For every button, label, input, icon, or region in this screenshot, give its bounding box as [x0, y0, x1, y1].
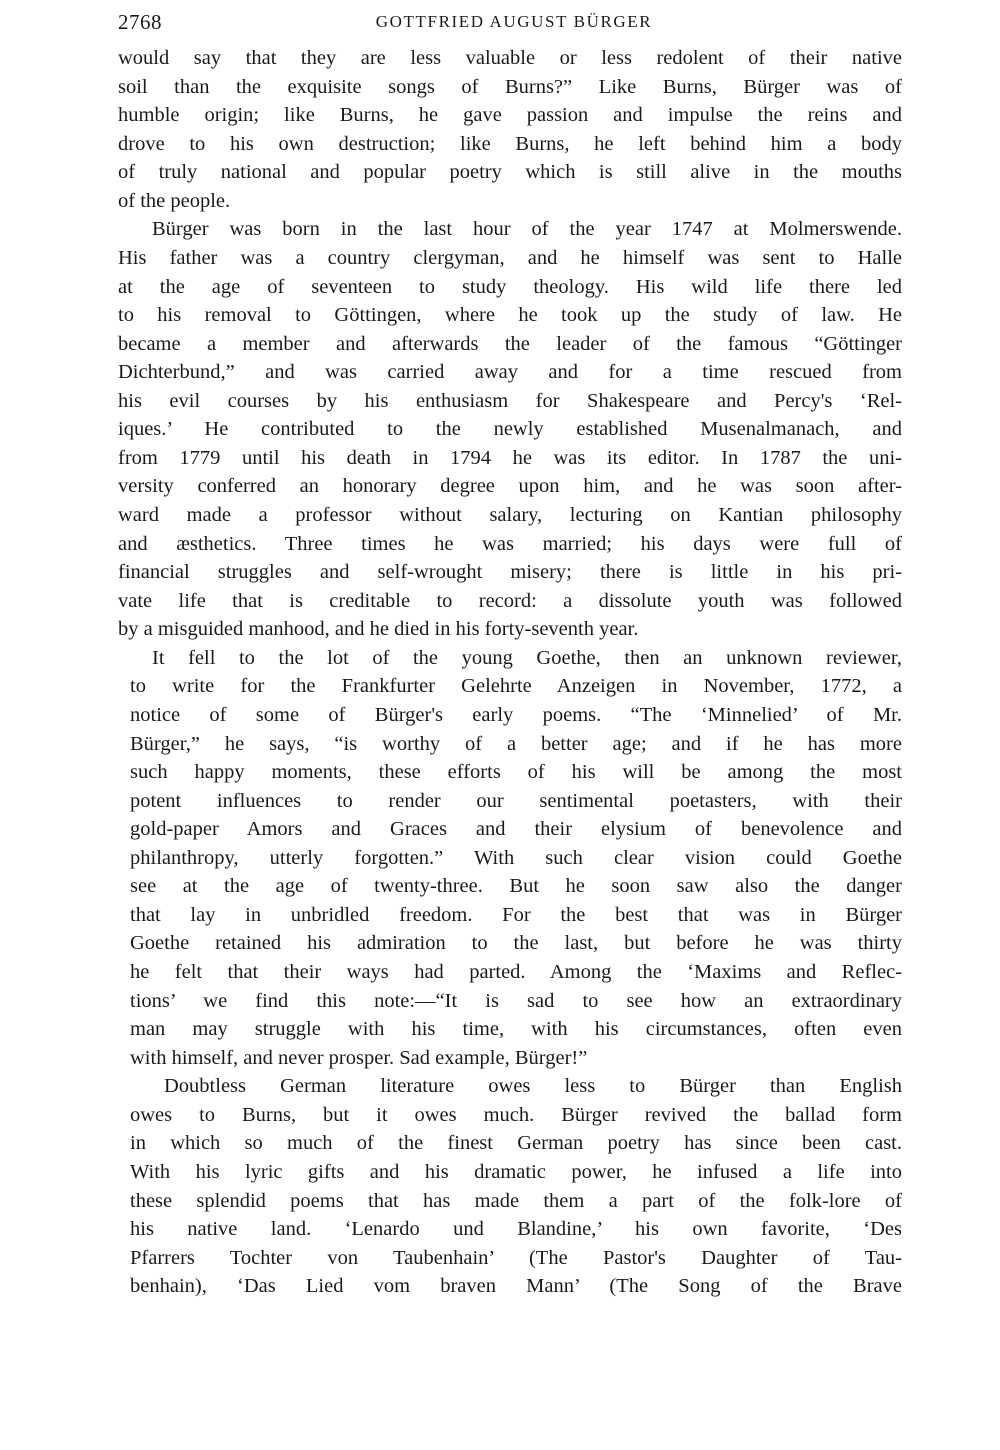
text-line: that lay in unbridled freedom. For the b… — [118, 901, 902, 930]
text-line: to his removal to Göttingen, where he to… — [118, 301, 902, 330]
text-line: notice of some of Bürger's early poems. … — [118, 701, 902, 730]
text-line: became a member and afterwards the leade… — [118, 330, 902, 359]
book-page: 2768 GOTTFRIED AUGUST BÜRGER would say t… — [0, 0, 1000, 1450]
text-line: see at the age of twenty-three. But he s… — [118, 872, 902, 901]
text-line: from 1779 until his death in 1794 he was… — [118, 444, 902, 473]
text-line: his evil courses by his enthusiasm for S… — [118, 387, 902, 416]
text-line: It fell to the lot of the young Goethe, … — [118, 644, 902, 673]
running-head: 2768 GOTTFRIED AUGUST BÜRGER — [118, 10, 902, 40]
text-line: in which so much of the finest German po… — [118, 1129, 902, 1158]
text-line: at the age of seventeen to study theolog… — [118, 273, 902, 302]
text-line: would say that they are less valuable or… — [118, 44, 902, 73]
text-line: soil than the exquisite songs of Burns?”… — [118, 73, 902, 102]
text-line: iques.’ He contributed to the newly esta… — [118, 415, 902, 444]
body-text: would say that they are less valuable or… — [118, 44, 902, 1301]
text-line: to write for the Frankfurter Gelehrte An… — [118, 672, 902, 701]
text-line: Pfarrers Tochter von Taubenhain’ (The Pa… — [118, 1244, 902, 1273]
text-line: these splendid poems that has made them … — [118, 1187, 902, 1216]
text-line: versity conferred an honorary degree upo… — [118, 472, 902, 501]
text-line: Goethe retained his admiration to the la… — [118, 929, 902, 958]
text-line: financial struggles and self-wrought mis… — [118, 558, 902, 587]
text-line: such happy moments, these efforts of his… — [118, 758, 902, 787]
text-line: with himself, and never prosper. Sad exa… — [118, 1044, 902, 1073]
text-line: of truly national and popular poetry whi… — [118, 158, 902, 187]
text-line: his native land. ‘Lenardo und Blandine,’… — [118, 1215, 902, 1244]
text-line: With his lyric gifts and his dramatic po… — [118, 1158, 902, 1187]
text-line: tions’ we find this note:—“It is sad to … — [118, 987, 902, 1016]
text-line: man may struggle with his time, with his… — [118, 1015, 902, 1044]
text-line: drove to his own destruction; like Burns… — [118, 130, 902, 159]
text-line: of the people. — [118, 187, 902, 216]
text-line: Bürger,” he says, “is worthy of a better… — [118, 730, 902, 759]
text-line: and æsthetics. Three times he was marrie… — [118, 530, 902, 559]
running-title: GOTTFRIED AUGUST BÜRGER — [118, 12, 902, 32]
text-line: Dichterbund,” and was carried away and f… — [118, 358, 902, 387]
text-line: Bürger was born in the last hour of the … — [118, 215, 902, 244]
text-line: gold-paper Amors and Graces and their el… — [118, 815, 902, 844]
text-line: potent influences to render our sentimen… — [118, 787, 902, 816]
text-line: Doubtless German literature owes less to… — [118, 1072, 902, 1101]
text-line: benhain), ‘Das Lied vom braven Mann’ (Th… — [118, 1272, 902, 1301]
text-line: owes to Burns, but it owes much. Bürger … — [118, 1101, 902, 1130]
text-line: vate life that is creditable to record: … — [118, 587, 902, 616]
text-line: ward made a professor without salary, le… — [118, 501, 902, 530]
text-line: he felt that their ways had parted. Amon… — [118, 958, 902, 987]
text-line: His father was a country clergyman, and … — [118, 244, 902, 273]
text-line: by a misguided manhood, and he died in h… — [118, 615, 902, 644]
text-line: philanthropy, utterly forgotten.” With s… — [118, 844, 902, 873]
text-line: humble origin; like Burns, he gave passi… — [118, 101, 902, 130]
